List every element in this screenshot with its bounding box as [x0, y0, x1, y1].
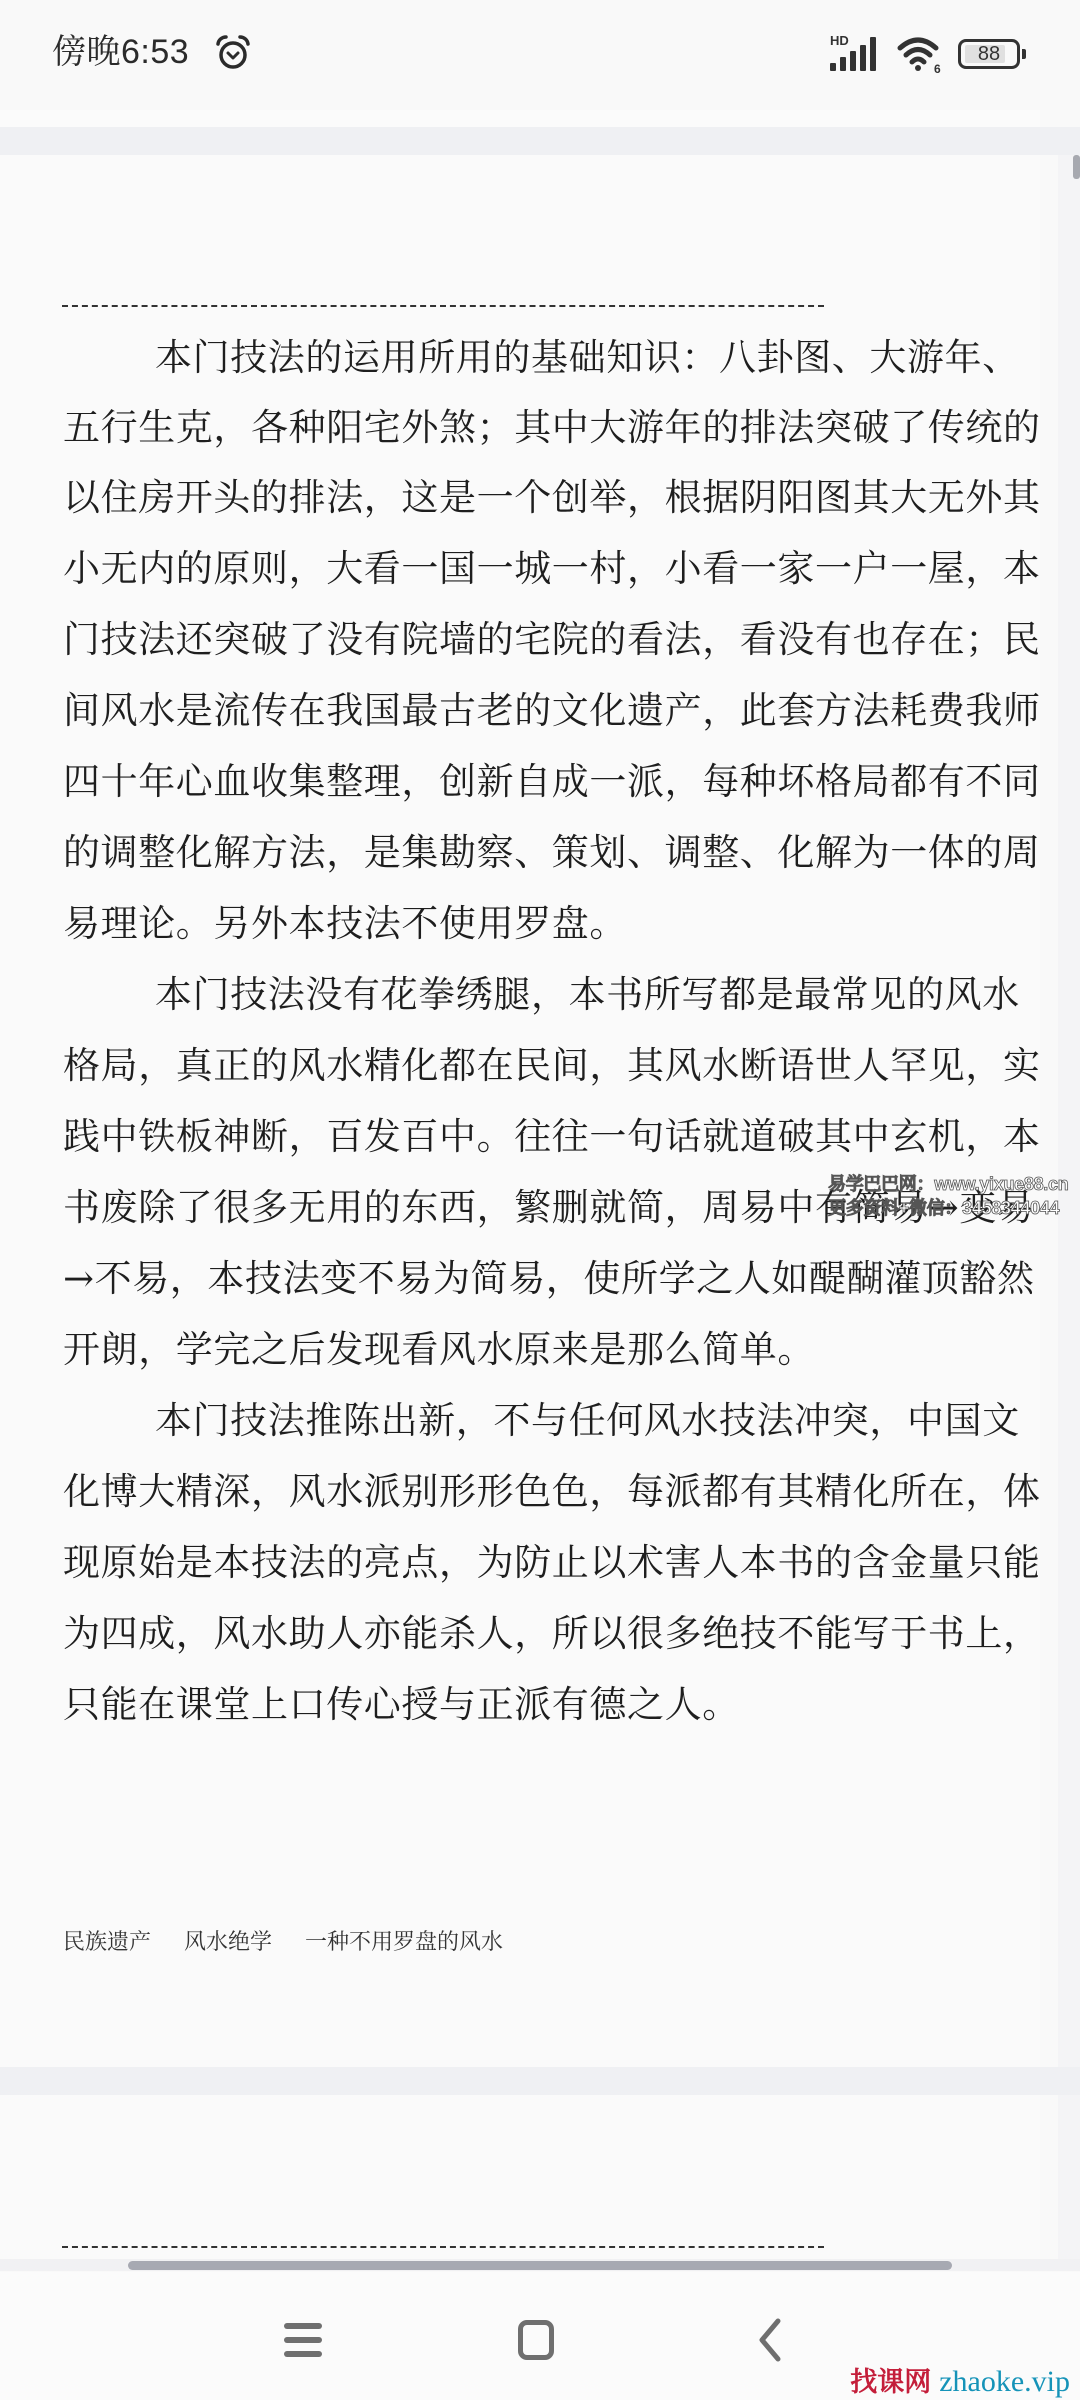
site-watermark-cn: 找课网 — [850, 2367, 931, 2398]
text-line: 本门技法没有花拳绣腿，本书所写都是最常见的风水 — [155, 972, 1020, 1018]
caption-no-compass: 一种不用罗盘的风水 — [305, 1930, 503, 1955]
back-icon — [750, 2315, 790, 2365]
separator-line — [62, 305, 824, 307]
wifi-icon: 6 — [896, 34, 944, 74]
text-line: 只能在课堂上口传心授与正派有德之人。 — [63, 1682, 740, 1728]
status-icons: HD 6 88 — [830, 34, 1020, 74]
text-line: 为四成，风水助人亦能杀人，所以很多绝技不能写于书上， — [63, 1611, 1041, 1657]
text-line: 易理论。另外本技法不使用罗盘。 — [63, 901, 627, 947]
text-line: →不易，本技法变不易为简易，使所学之人如醍醐灌顶豁然 — [63, 1256, 1035, 1302]
site-watermark-en: zhaoke.vip — [939, 2365, 1070, 2398]
status-time: 傍晚6:53 — [52, 30, 189, 74]
next-page-separator-line — [62, 2246, 824, 2248]
alarm-clock-icon — [214, 34, 252, 72]
hd-label: HD — [830, 33, 849, 48]
overlay-watermark: 易学巴巴网：www.yixue88.cn 更多资料+微信：3458344044 — [828, 1172, 1068, 1220]
home-icon — [518, 2320, 554, 2360]
watermark-line-2: 更多资料+微信：3458344044 — [828, 1196, 1068, 1220]
text-line: 间风水是流传在我国最古老的文化遗产，此套方法耗费我师 — [63, 688, 1041, 734]
text-line: 五行生克，各种阳宅外煞；其中大游年的排法突破了传统的 — [63, 405, 1041, 451]
vertical-scrollbar-thumb[interactable] — [1073, 155, 1080, 179]
previous-page-bottom — [0, 110, 1040, 127]
text-line: 开朗，学完之后发现看风水原来是那么简单。 — [63, 1327, 815, 1373]
text-line: 现原始是本技法的亮点，为防止以术害人本书的含金量只能 — [63, 1540, 1041, 1586]
menu-icon — [284, 2315, 322, 2365]
home-button[interactable] — [496, 2300, 576, 2380]
text-line: 格局，真正的风水精化都在民间，其风水断语世人罕见，实 — [63, 1043, 1041, 1089]
cellular-signal-icon: HD — [830, 35, 882, 73]
text-line: 小无内的原则，大看一国一城一村，小看一家一户一屋，本 — [63, 546, 1041, 592]
page-footer-captions: 民族遗产 风水绝学 一种不用罗盘的风水 — [63, 1925, 529, 1956]
caption-fengshui: 风水绝学 — [184, 1930, 272, 1955]
text-line: 的调整化解方法，是集勘察、策划、调整、化解为一体的周 — [63, 830, 1041, 876]
text-line: 本门技法的运用所用的基础知识：八卦图、大游年、 — [155, 335, 1020, 381]
watermark-line-1: 易学巴巴网：www.yixue88.cn — [828, 1172, 1068, 1196]
text-line: 以住房开头的排法，这是一个创举，根据阴阳图其大无外其 — [63, 475, 1041, 521]
next-document-page[interactable] — [0, 2095, 1040, 2259]
horizontal-scrollbar-thumb[interactable] — [128, 2261, 952, 2270]
recents-button[interactable] — [263, 2300, 343, 2380]
back-button[interactable] — [730, 2300, 810, 2380]
svg-text:6: 6 — [934, 62, 941, 74]
site-watermark: 找课网zhaoke.vip — [850, 2360, 1070, 2399]
text-line: 践中铁板神断，百发百中。往往一句话就道破其中玄机，本 — [63, 1114, 1041, 1160]
page-gap — [0, 2067, 1080, 2095]
caption-heritage: 民族遗产 — [63, 1930, 151, 1955]
battery-icon: 88 — [958, 39, 1020, 69]
text-line: 门技法还突破了没有院墙的宅院的看法，看没有也存在；民 — [63, 617, 1041, 663]
page-gap — [0, 127, 1080, 155]
text-line: 本门技法推陈出新，不与任何风水技法冲突，中国文 — [155, 1398, 1020, 1444]
text-line: 化博大精深，风水派别形形色色，每派都有其精化所在，体 — [63, 1469, 1041, 1515]
text-line: 四十年心血收集整理，创新自成一派，每种坏格局都有不同 — [63, 759, 1041, 805]
battery-level: 88 — [978, 44, 1000, 64]
status-bar: 傍晚6:53 HD 6 88 — [0, 0, 1080, 110]
